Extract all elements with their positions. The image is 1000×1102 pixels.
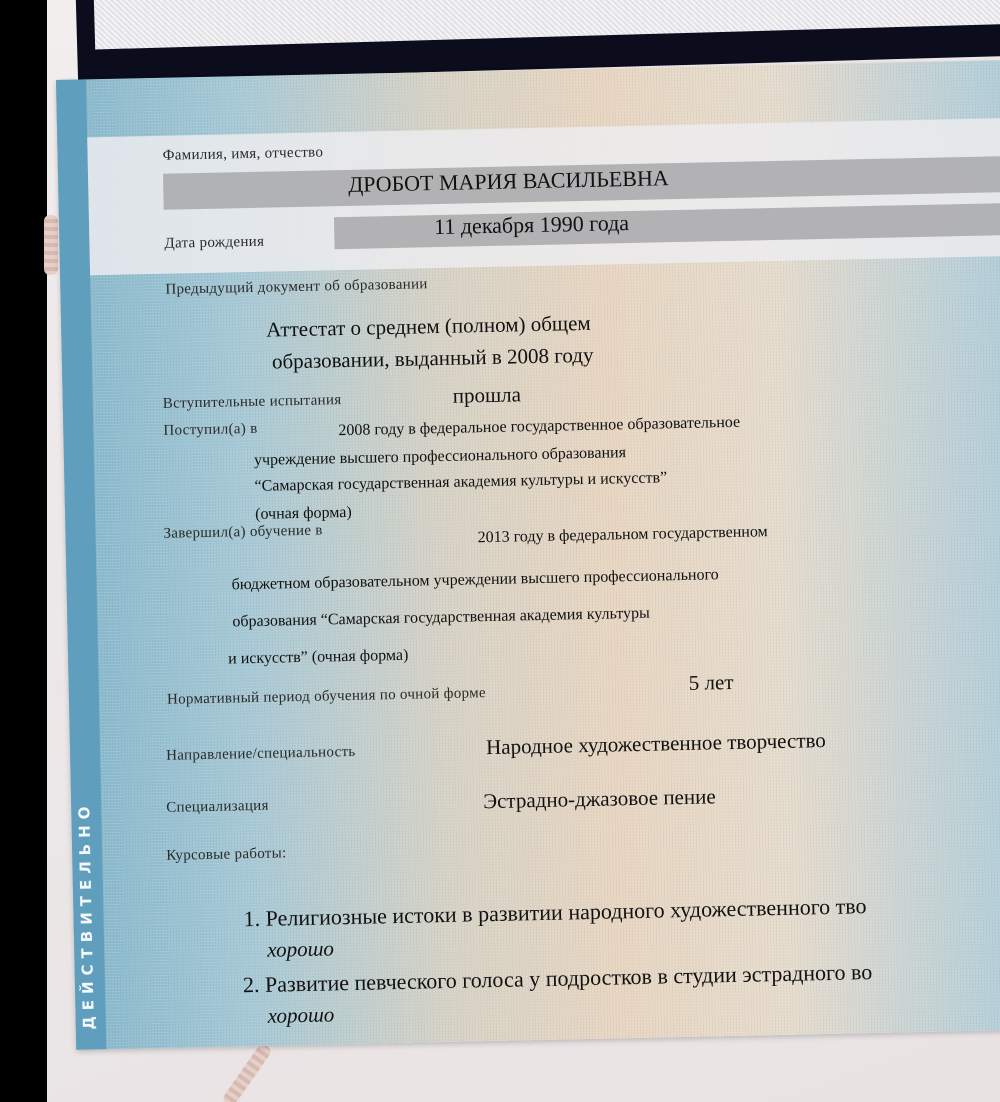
completed-label: Завершил(а) обучение в (163, 523, 323, 543)
validity-stamp: ДЕЙСТВИТЕЛЬНО (75, 800, 102, 1029)
coursework-label: Курсовые работы: (166, 845, 287, 865)
completed-line-3: образования “Самарская государственная а… (232, 605, 650, 632)
previous-document-line-1: Аттестат о среднем (полном) общем (266, 311, 591, 343)
specialty-value: Народное художественное творчество (486, 728, 826, 760)
completed-line-2: бюджетном образовательном учреждении выс… (231, 566, 718, 594)
enrolled-line-1: 2008 году в федеральное государственное … (338, 414, 740, 440)
cover-lining (93, 0, 1000, 49)
coursework-item-2-title: 2. Развитие певческого голоса у подростк… (243, 959, 873, 998)
coursework-item-1-grade: хорошо (267, 936, 334, 962)
completed-line-4: и искусств” (очная форма) (228, 647, 409, 669)
enrolled-label: Поступил(а) в (163, 421, 257, 440)
enrolled-line-4: (очная форма) (255, 504, 352, 524)
enrolled-line-2: учреждение высшего профессионального обр… (254, 444, 626, 470)
full-name-label: Фамилия, имя, отчество (162, 144, 323, 164)
specialization-value: Эстрадно-джазовое пение (483, 784, 716, 814)
entrance-exams-label: Вступительные испытания (163, 392, 342, 413)
enrolled-line-3: “Самарская государственная академия куль… (254, 469, 667, 496)
diploma-insert-page: ДЕЙСТВИТЕЛЬНО Фамилия, имя, отчество ДРО… (56, 59, 1000, 1050)
normative-period-label: Нормативный период обучения по очной фор… (167, 685, 486, 709)
ribbon-left (44, 215, 58, 275)
normative-period-value: 5 лет (689, 670, 734, 696)
birth-date-value: 11 декабря 1990 года (434, 210, 629, 240)
coursework-item-2-grade: хорошо (267, 1002, 334, 1028)
specialization-label: Специализация (166, 798, 269, 817)
coursework-item-1-title: 1. Религиозные истоки в развитии народно… (243, 893, 866, 932)
completed-line-1: 2013 году в федеральном государственном (478, 523, 768, 547)
birth-date-label: Дата рождения (164, 234, 264, 253)
entrance-exams-value: прошла (452, 382, 521, 408)
previous-document-line-2: образовании, выданный в 2008 году (272, 343, 594, 375)
specialty-label: Направление/специальность (166, 744, 356, 765)
previous-document-label: Предыдущий документ об образовании (165, 276, 428, 298)
